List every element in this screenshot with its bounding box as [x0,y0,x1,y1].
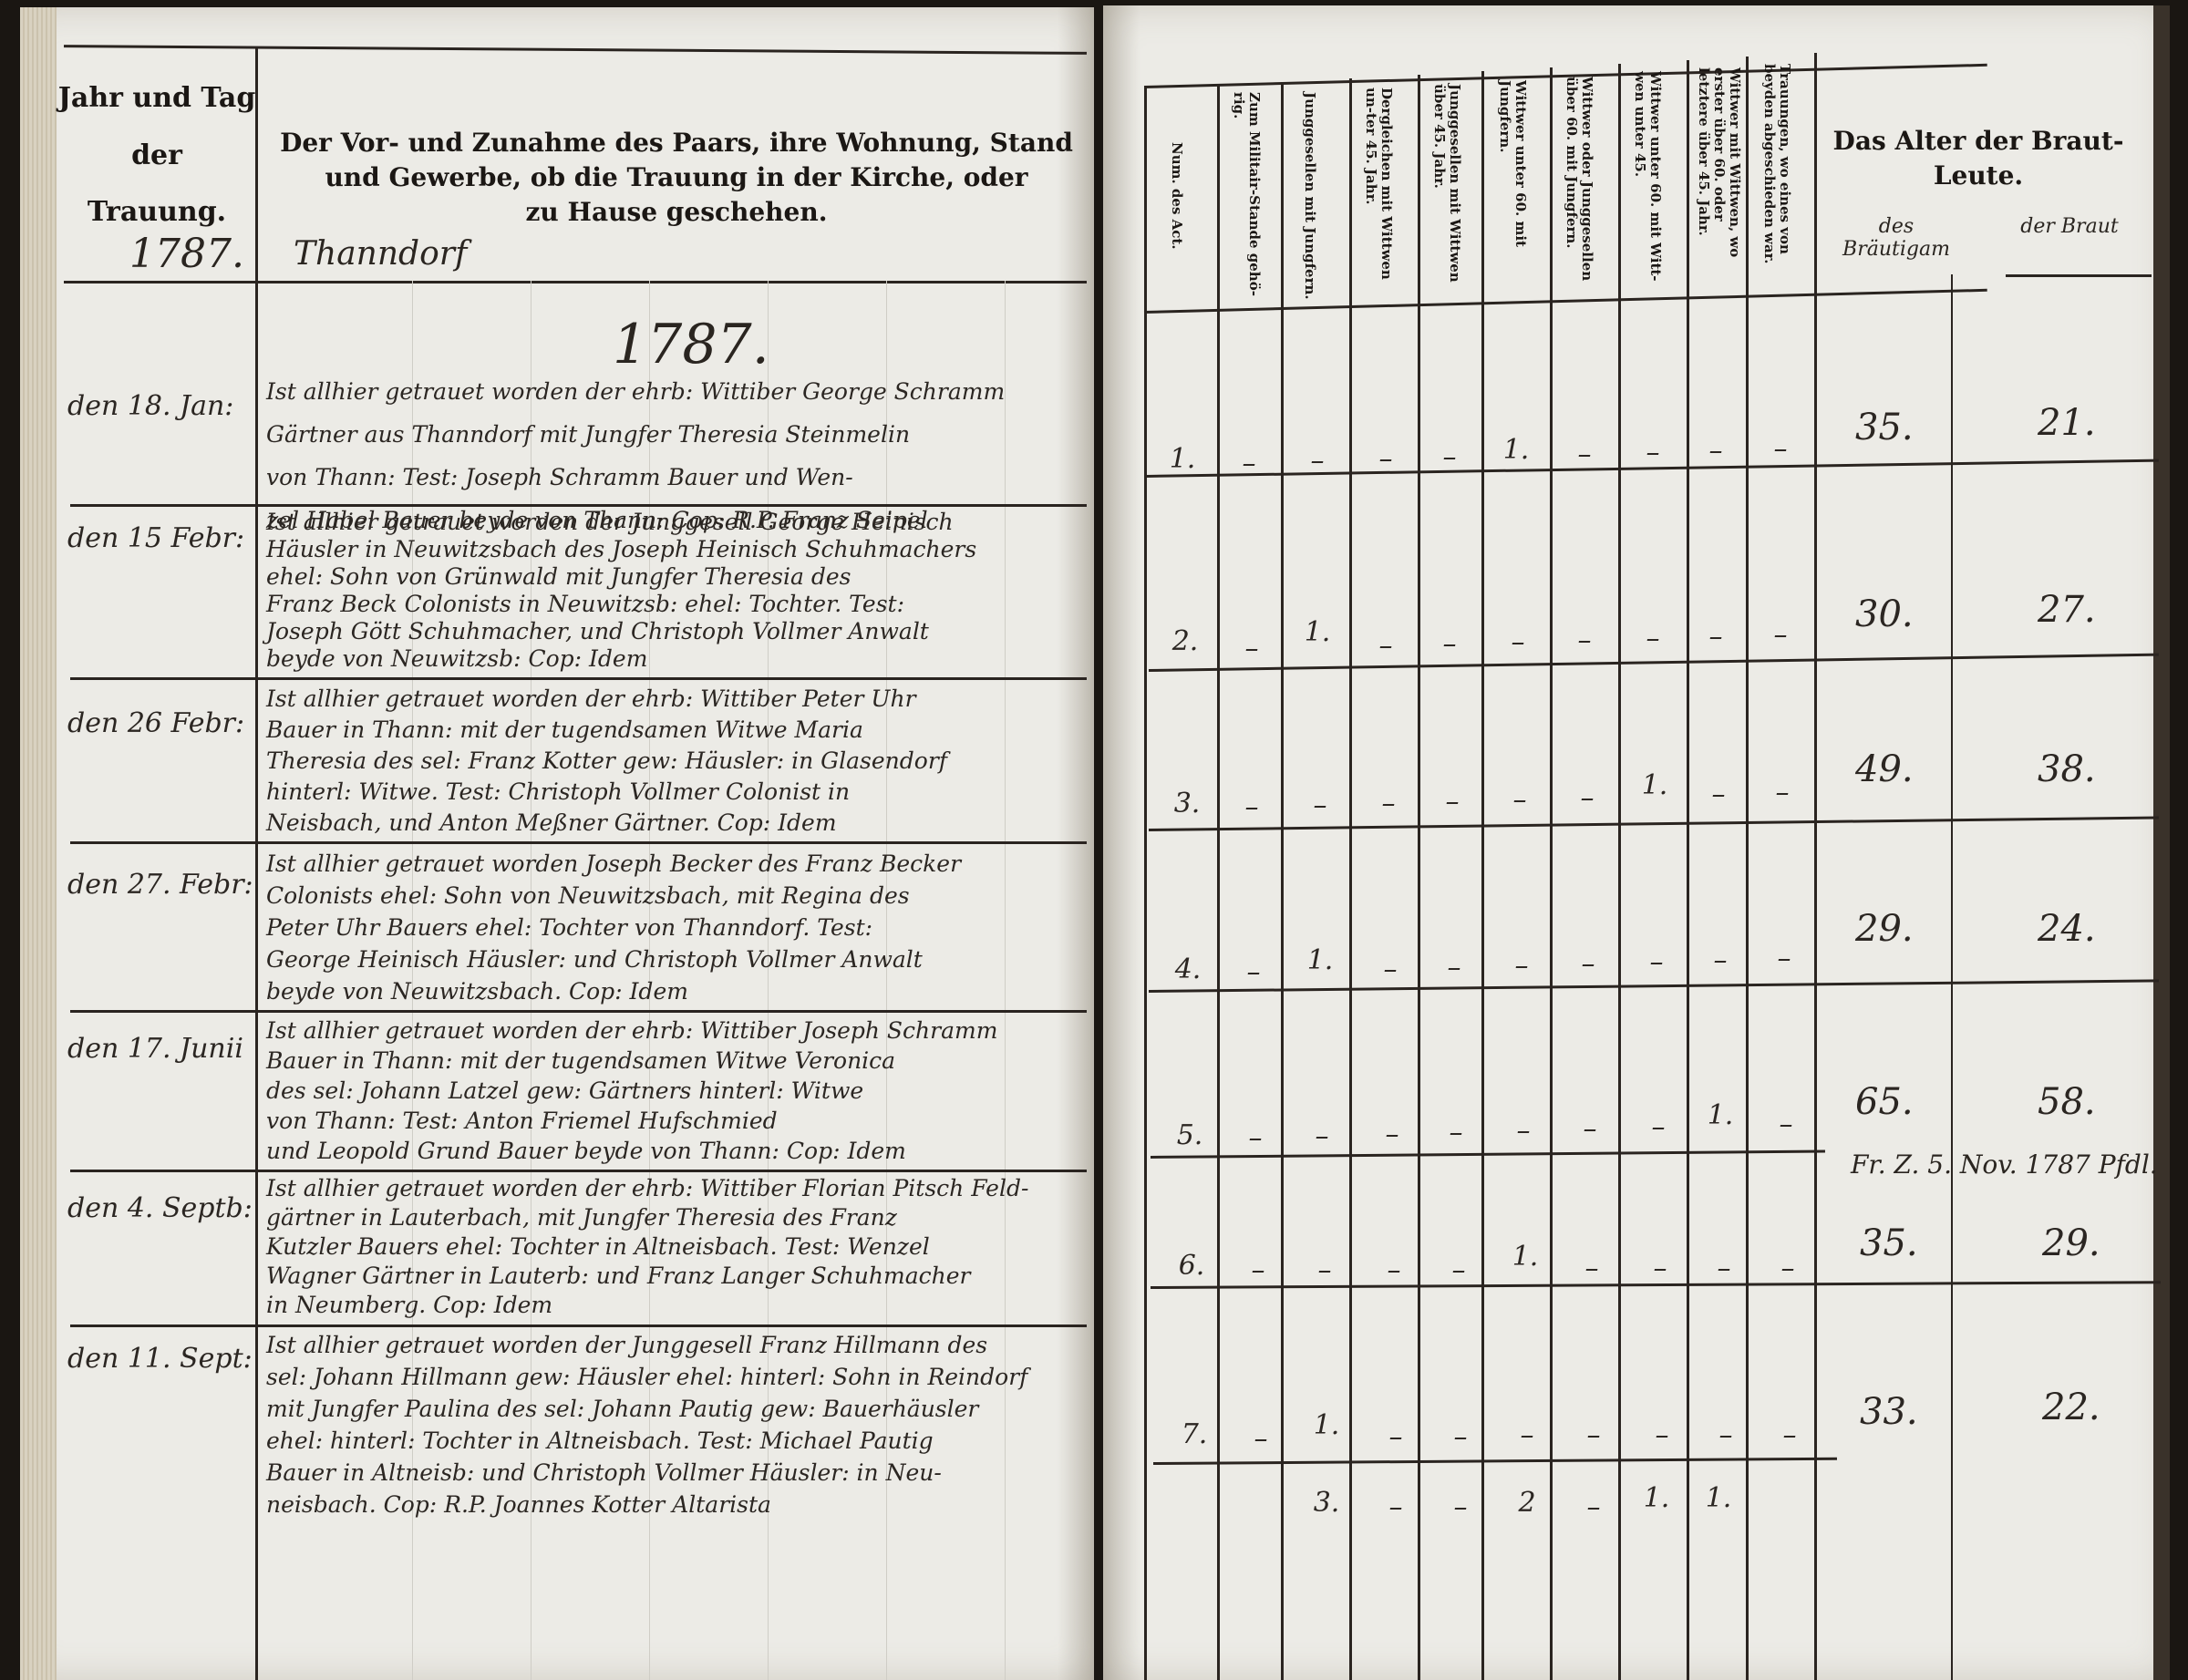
column-header-bachelors-widows-over45: Junggesellen mit Wittwen über 45. Jahr. [1431,84,1462,298]
entry-text: Ist allhier getrauet worden der ehrb: Wi… [266,1015,997,1166]
cell: – [1749,619,1812,651]
cell: – [1495,1419,1559,1451]
cell: – [1362,1254,1426,1286]
cell: – [1488,784,1552,816]
page-edges [20,7,57,1680]
row-num: 4. [1156,953,1220,985]
cell: – [1217,448,1281,479]
cell: – [1422,952,1486,984]
bride-age: 29. [2042,1222,2100,1264]
cell: – [1692,1252,1756,1284]
cell: – [1220,633,1284,665]
cell: – [1354,630,1418,662]
entry-separator [70,1324,1087,1327]
age-column-divider [1951,274,1953,1680]
header-line: Der Vor- und Zunahme des Paars, ihre Woh… [271,126,1082,160]
cell: – [1490,950,1553,982]
cell: – [1357,788,1420,819]
header-bottom-rule [64,281,1087,283]
header-date-column: Jahr und Tag der Trauung. [57,80,257,232]
age-header: Das Alter der Braut-Leute. [1832,124,2124,193]
bride-age: 27. [2038,589,2096,631]
cell: – [1429,1421,1492,1453]
row-num: 1. [1151,443,1214,475]
row-num: 2. [1153,625,1217,657]
entry-date: den 17. Junii [67,1033,243,1065]
cell: – [1688,944,1752,976]
entry-date: den 27. Febr: [67,869,253,901]
entry-separator [70,1170,1087,1172]
cell: 1. [1493,1241,1557,1273]
cell: – [1358,953,1422,985]
column-header-widowers-widows: Wittwer mit Wittwen, wo erster über 60. … [1696,67,1742,282]
header-line: Jahr und Tag [57,80,257,118]
column-header-bachelors-maidens: Junggesellen mit Jungfern. [1302,92,1317,306]
cell: – [1758,1419,1822,1451]
header-place: Thanndorf [294,235,467,273]
total-cell: 1. [1625,1482,1688,1514]
cell: – [1223,1122,1287,1154]
column-header-num: Num. des Act. [1169,142,1184,306]
row-num: 3. [1155,788,1219,819]
cell: – [1687,778,1750,810]
cell: – [1285,445,1349,477]
row-num: 6. [1160,1250,1223,1282]
bride-age: 21. [2038,402,2096,444]
entry-text: Ist allhier getrauet worden der Junggese… [266,1329,1027,1520]
header-line: zu Hause geschehen. [271,195,1082,230]
cell: – [1222,956,1285,988]
cell: – [1684,621,1748,653]
cell: – [1288,789,1352,821]
entry-text: Ist allhier getrauet worden der ehrb: Wi… [266,1174,1028,1320]
entry-date: den 18. Jan: [67,390,233,422]
cell: 1. [1623,769,1687,801]
header-names-column: Der Vor- und Zunahme des Paars, ihre Woh… [271,126,1082,229]
age-subheader-groom: des Bräutigam [1832,215,1960,261]
cell: – [1558,1113,1622,1145]
header-top-rule [64,45,1087,55]
column-header-widowers-under60-widows: Wittwer unter 60. mit Witt-wen unter 45. [1632,71,1663,285]
entry-date: den 4. Septb: [67,1192,253,1224]
bride-age: 38. [2038,748,2096,790]
left-page: Jahr und Tag der Trauung. 1787. Der Vor-… [20,7,1094,1680]
groom-age: 33. [1860,1391,1918,1433]
cell: – [1418,628,1481,660]
cell: – [1553,624,1616,656]
cell: – [1418,441,1481,473]
cell: – [1220,791,1284,823]
column-header-widowers-over60-maidens: Wittwer oder Junggesellen über 60. mit J… [1564,77,1595,291]
cell: – [1420,786,1484,818]
total-cell: – [1364,1491,1428,1523]
cell: – [1556,948,1620,980]
cell: – [1427,1254,1491,1286]
cell: 1. [1288,944,1352,976]
cell: – [1424,1117,1488,1149]
cell: – [1694,1419,1758,1451]
total-cell: 2 [1495,1487,1559,1519]
groom-age: 30. [1855,593,1914,635]
header-line: Trauung. [57,194,257,232]
column-header-divorced: Trauungen, wo eines von beyden abgeschie… [1761,64,1792,278]
age-subheader-bride: der Braut [2006,215,2133,238]
cell: – [1486,626,1550,658]
cell: 1. [1295,1409,1358,1441]
column-header-military: Zum Militair-Stande gehö-rig. [1231,92,1262,306]
cell: – [1555,782,1619,814]
column-header-widowers-under60-maidens: Wittwer unter 60. mit Jungfern. [1497,80,1528,294]
cell: – [1621,623,1685,654]
cell: – [1290,1120,1354,1152]
cell: – [1756,1252,1820,1284]
row-num: 7. [1162,1418,1226,1450]
age-header-rule [2006,274,2152,277]
entry-text: Ist allhier getrauet worden der Junggese… [266,509,976,673]
cell: – [1562,1419,1626,1451]
bride-age: 24. [2038,908,2096,950]
total-cell: – [1429,1491,1492,1523]
entry-date: den 11. Sept: [67,1343,253,1375]
groom-age: 65. [1855,1081,1914,1123]
entry-date: den 15 Febr: [67,522,244,554]
column-rule [1144,88,1147,1680]
cell: 1. [1484,434,1548,466]
right-page: Num. des Act. Zum Militair-Stande gehö-r… [1103,5,2170,1680]
cell: 1. [1688,1099,1752,1131]
cell: – [1628,1252,1692,1284]
entry-text: Ist allhier getrauet worden Joseph Becke… [266,848,961,1007]
total-cell: 1. [1687,1482,1750,1514]
groom-age: 35. [1855,407,1914,448]
row-separator [1153,1458,1837,1465]
row-separator [1149,654,2159,672]
margin-note: Fr. Z. 5. Nov. 1787 Pfdl. [1851,1149,2158,1180]
book-edge [2153,5,2170,1680]
entry-separator [70,841,1087,844]
row-separator [1149,979,2159,993]
year-heading: 1787. [613,313,769,376]
cell: – [1630,1419,1694,1451]
date-column-divider [255,48,258,1680]
cell: – [1625,946,1688,978]
total-cell: – [1562,1491,1626,1523]
cell: – [1684,435,1748,467]
header-year: 1787. [129,231,244,277]
cell: – [1293,1254,1357,1286]
cell: – [1360,1118,1424,1150]
header-bottom-rule [1144,289,1987,314]
header-line: der [57,138,257,175]
entry-date: den 26 Febr: [67,707,244,739]
cell: – [1491,1115,1555,1147]
cell: – [1226,1254,1290,1286]
entry-separator [70,677,1087,680]
groom-age: 49. [1855,748,1914,790]
cell: – [1621,437,1685,469]
cell: – [1229,1423,1293,1455]
cell: – [1364,1421,1428,1453]
cell: – [1626,1111,1690,1143]
entry-separator [70,1010,1087,1013]
groom-age: 29. [1855,908,1914,950]
row-num: 5. [1158,1119,1222,1151]
bride-age: 22. [2042,1386,2100,1428]
bride-age: 58. [2038,1081,2096,1123]
column-header-bachelors-widows-under45: Dergleichen mit Wittwen un-ter 45. Jahr. [1363,88,1394,302]
cell: – [1750,777,1814,809]
cell: – [1553,438,1616,470]
cell: – [1752,943,1816,974]
header-line: und Gewerbe, ob die Trauung in der Kirch… [271,160,1082,195]
cell: – [1560,1252,1624,1284]
total-cell: 3. [1295,1487,1358,1519]
groom-age: 35. [1860,1222,1918,1264]
cell: – [1354,443,1418,475]
cell: – [1749,433,1812,465]
spine-shadow [1103,5,1140,1680]
entry-text: Ist allhier getrauet worden der ehrb: Wi… [266,684,947,839]
cell: – [1754,1108,1818,1140]
cell: 1. [1285,616,1349,648]
